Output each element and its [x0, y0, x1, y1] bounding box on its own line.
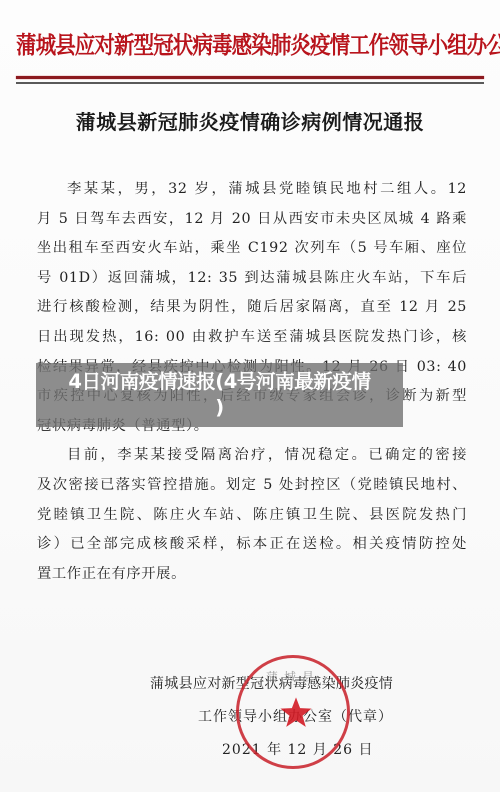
- body-line: 月 5 日驾车去西安，12 月 20 日从西安市未央区凤城 4 路乘: [37, 205, 467, 235]
- signature-date: 2021 年 12 月 26 日: [222, 739, 374, 759]
- body-line: 日出现发热，16: 00 由救护车送至蒲城县医院发热门诊，核: [37, 323, 467, 353]
- body-line: 坐出租车至西安火车站，乘坐 C192 次列车（5 号车厢、座位: [37, 234, 467, 264]
- paragraph-current-status: 目前，李某某接受隔离治疗，情况稳定。已确定的密接 及次密接已落实管控措施。划定 …: [37, 441, 467, 589]
- issuing-organization-header: 蒲城县应对新型冠状病毒感染肺炎疫情工作领导小组办公室: [16, 28, 484, 63]
- document-title: 蒲城县新冠肺炎疫情确诊病例情况通报: [0, 106, 500, 135]
- body-line: 李某某，男，32 岁，蒲城县党睦镇民地村二组人。12: [37, 175, 467, 205]
- caption-text: 4日河南疫情速报(4号河南最新疫情: [36, 369, 403, 395]
- body-line: 党睦镇卫生院、陈庄火车站、陈庄镇卫生院、县医院发热门: [37, 501, 467, 531]
- body-line: 诊）已全部完成核酸采样，标本正在送检。相关疫情防控处: [37, 530, 467, 560]
- signature-organization: 蒲城县应对新型冠状病毒感染肺炎疫情: [150, 673, 393, 693]
- body-line: 进行核酸检测，结果为阴性，随后居家隔离，直至 12 月 25: [37, 293, 467, 323]
- signature-office: 工作领导小组办公室（代章）: [198, 706, 393, 726]
- body-line: 置工作正在有序开展。: [37, 560, 467, 590]
- header-red-rule: [16, 76, 484, 79]
- body-line: 及次密接已落实管控措施。划定 5 处封控区（党睦镇民地村、: [37, 471, 467, 501]
- body-line: 号 01D）返回蒲城，12: 35 到达蒲城县陈庄火车站，下车后: [37, 264, 467, 294]
- caption-text-tail: ): [36, 395, 403, 421]
- body-line: 目前，李某某接受隔离治疗，情况稳定。已确定的密接: [37, 441, 467, 471]
- news-caption-overlay: 4日河南疫情速报(4号河南最新疫情 ): [36, 363, 403, 427]
- header-gray-rule: [16, 82, 484, 84]
